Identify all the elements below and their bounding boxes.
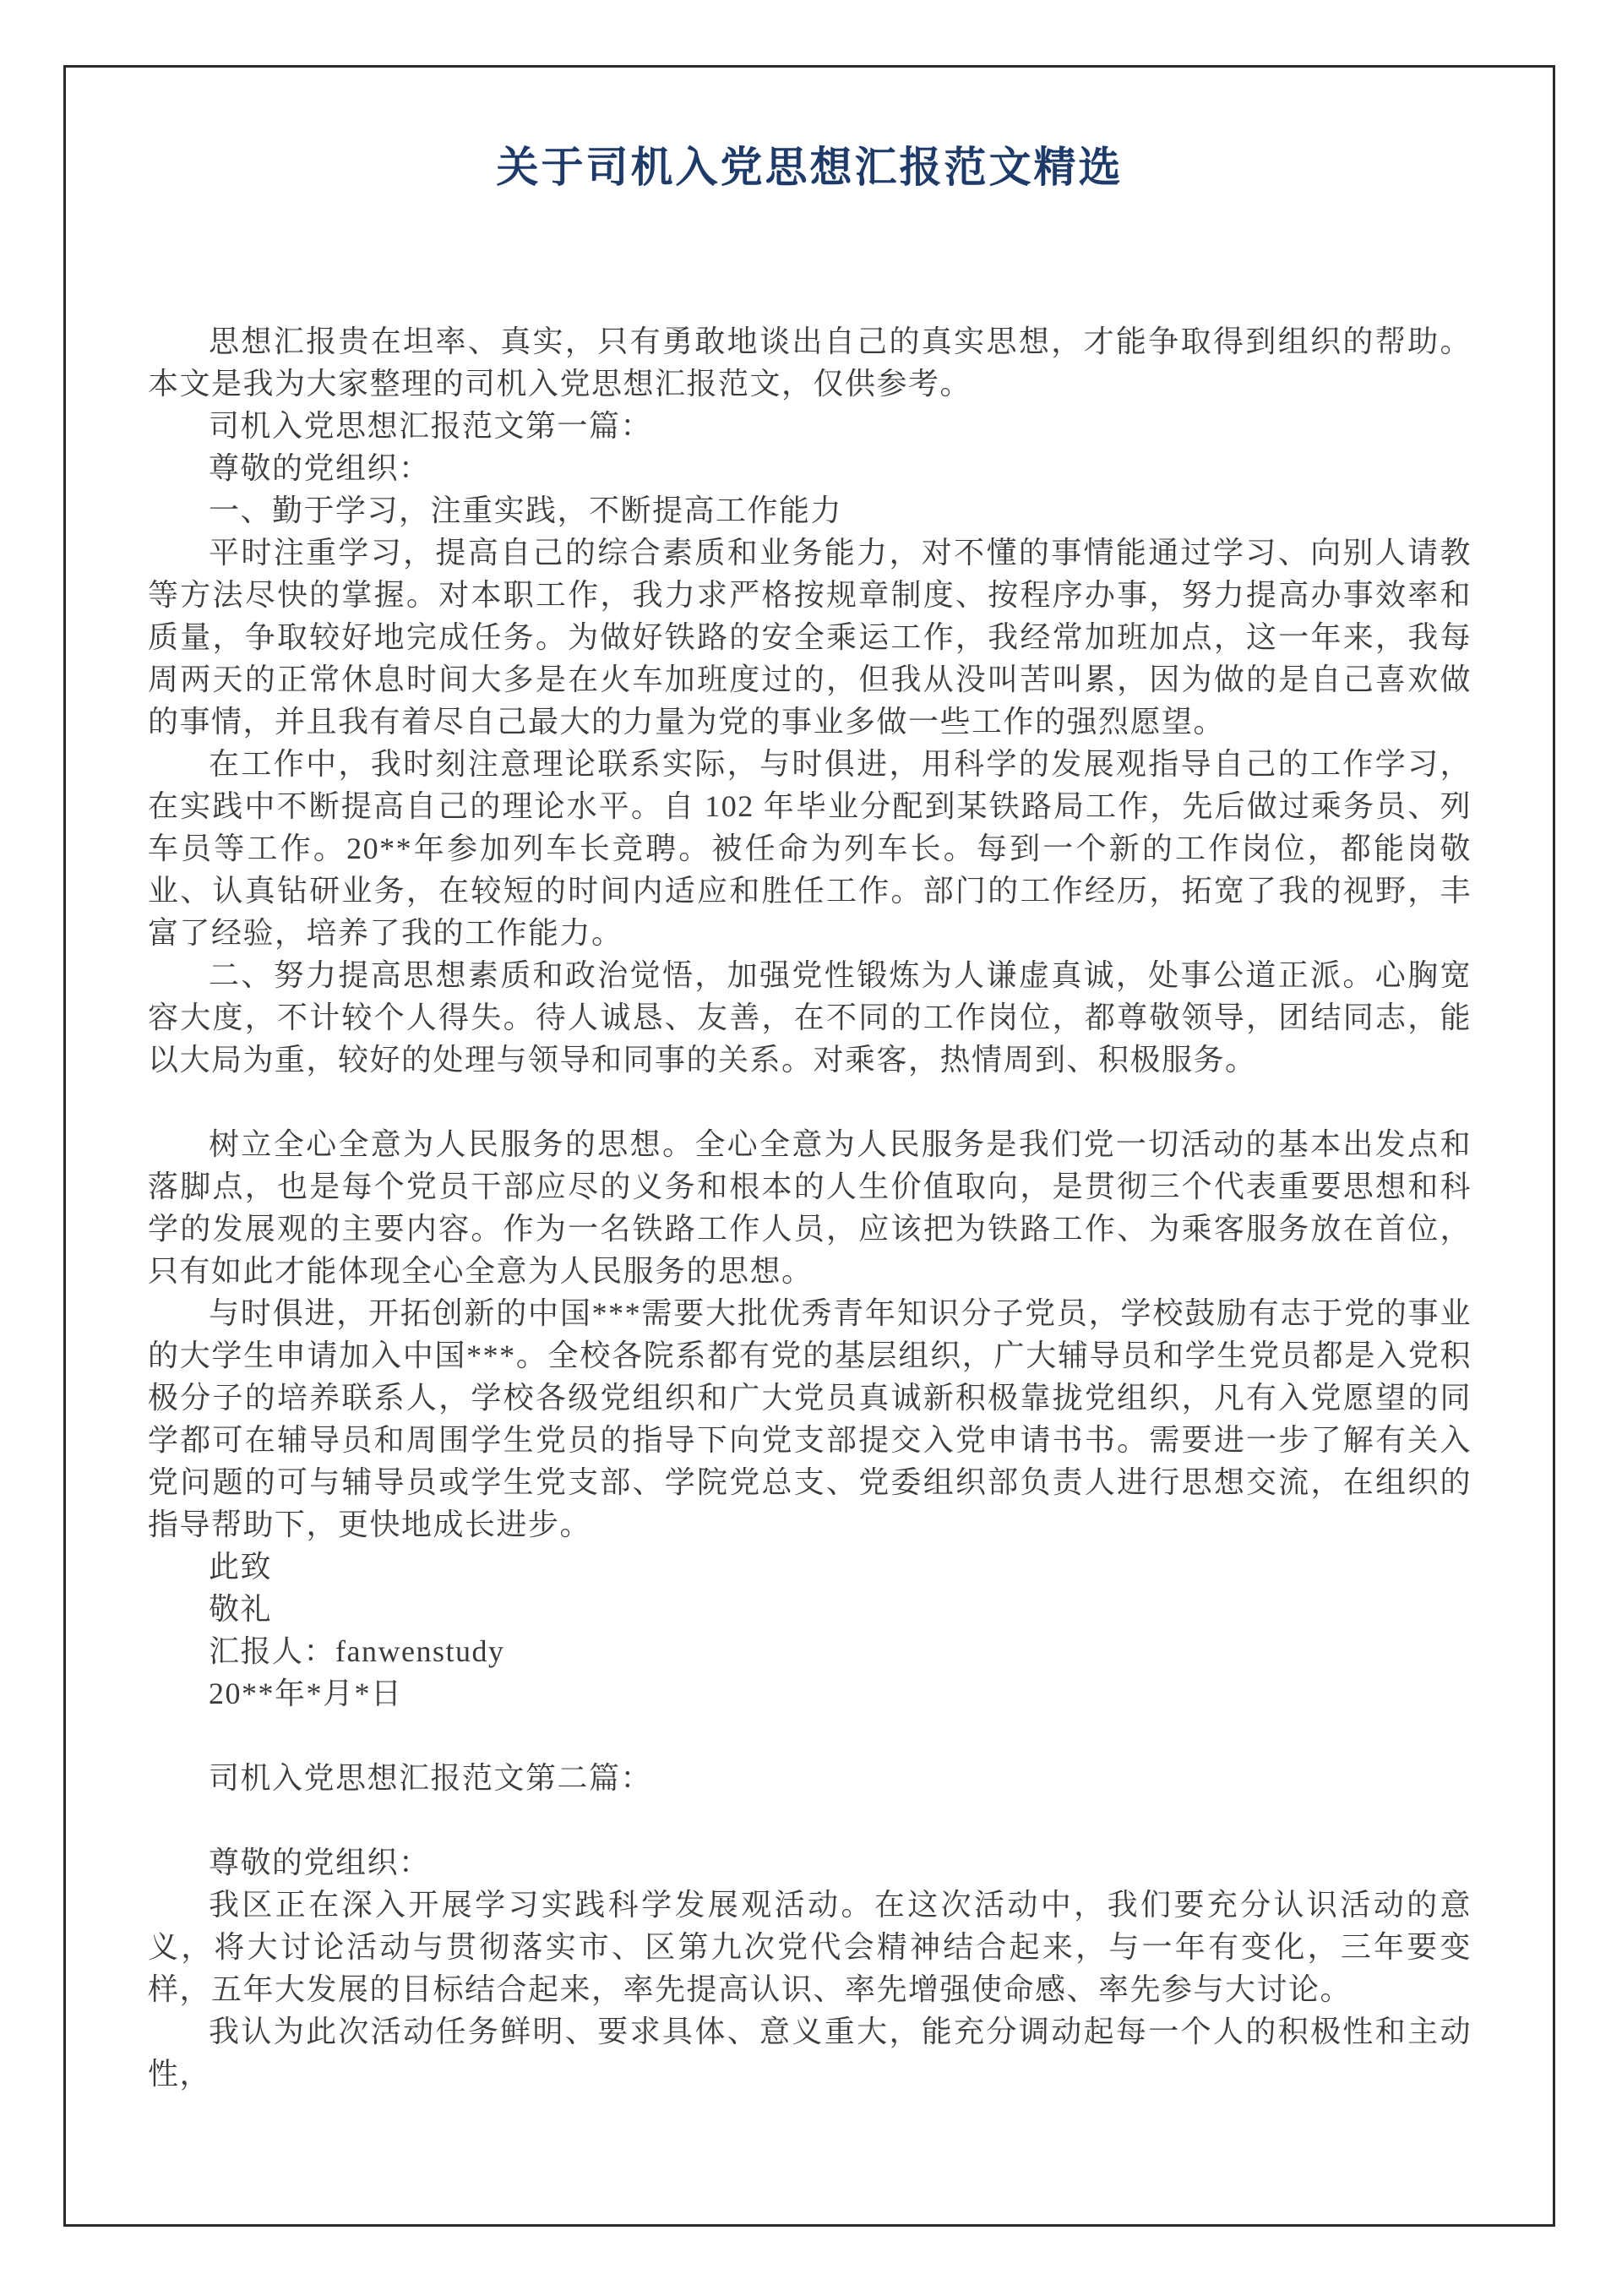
document-title: 关于司机入党思想汇报范文精选	[148, 141, 1472, 194]
paragraph: 司机入党思想汇报范文第二篇：	[148, 1757, 1472, 1799]
paragraph: 与时俱进，开拓创新的中国***需要大批优秀青年知识分子党员，学校鼓励有志于党的事…	[148, 1292, 1472, 1546]
blank-line	[148, 1715, 1472, 1757]
blank-line	[148, 1799, 1472, 1841]
document-body: 思想汇报贵在坦率、真实，只有勇敢地谈出自己的真实思想，才能争取得到组织的帮助。本…	[148, 320, 1472, 2095]
paragraph: 一、勤于学习，注重实践，不断提高工作能力	[148, 489, 1472, 532]
paragraph: 二、努力提高思想素质和政治觉悟，加强党性锻炼为人谦虚真诚，处事公道正派。心胸宽容…	[148, 954, 1472, 1081]
paragraph: 我认为此次活动任务鲜明、要求具体、意义重大，能充分调动起每一个人的积极性和主动性…	[148, 2010, 1472, 2095]
document-content: 关于司机入党思想汇报范文精选 思想汇报贵在坦率、真实，只有勇敢地谈出自己的真实思…	[66, 68, 1553, 2095]
paragraph: 尊敬的党组织：	[148, 447, 1472, 489]
page-border-frame: 关于司机入党思想汇报范文精选 思想汇报贵在坦率、真实，只有勇敢地谈出自己的真实思…	[63, 65, 1555, 2227]
blank-line	[148, 1081, 1472, 1123]
paragraph: 树立全心全意为人民服务的思想。全心全意为人民服务是我们党一切活动的基本出发点和落…	[148, 1123, 1472, 1292]
paragraph: 司机入党思想汇报范文第一篇：	[148, 405, 1472, 447]
paragraph: 思想汇报贵在坦率、真实，只有勇敢地谈出自己的真实思想，才能争取得到组织的帮助。本…	[148, 320, 1472, 405]
paragraph: 在工作中，我时刻注意理论联系实际，与时俱进，用科学的发展观指导自己的工作学习，在…	[148, 743, 1472, 954]
paragraph: 平时注重学习，提高自己的综合素质和业务能力，对不懂的事情能通过学习、向别人请教等…	[148, 532, 1472, 743]
paragraph: 我区正在深入开展学习实践科学发展观活动。在这次活动中，我们要充分认识活动的意义，…	[148, 1884, 1472, 2010]
paragraph: 敬礼	[148, 1588, 1472, 1630]
paragraph: 20**年*月*日	[148, 1672, 1472, 1715]
paragraph: 此致	[148, 1546, 1472, 1588]
paragraph: 汇报人：fanwenstudy	[148, 1630, 1472, 1672]
paragraph: 尊敬的党组织：	[148, 1841, 1472, 1884]
